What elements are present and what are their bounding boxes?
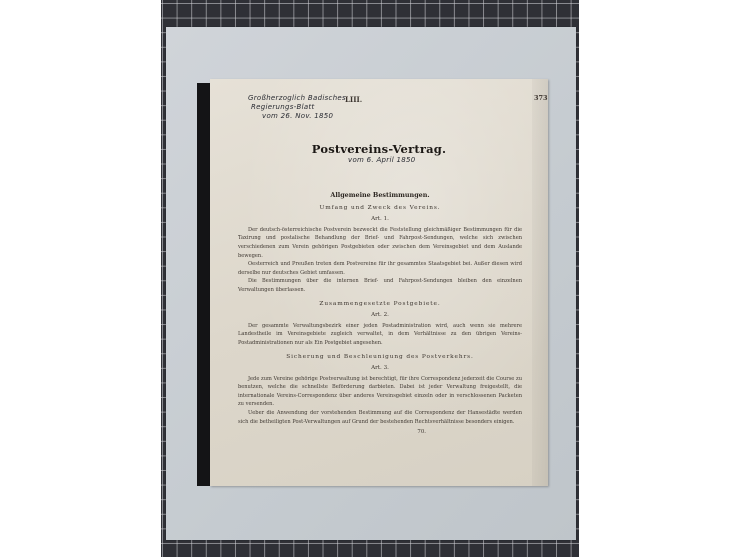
article-label: Art. 3. bbox=[238, 364, 522, 373]
article-paragraph: Ueber die Anwendung der vorstehenden Bes… bbox=[238, 409, 522, 426]
article-paragraph: Der gesammte Verwaltungsbezirk einer jed… bbox=[238, 322, 522, 348]
handwritten-note-line: Regierungs-Blatt bbox=[248, 103, 346, 112]
article-paragraph: Der deutsch-österreichische Postverein b… bbox=[238, 226, 522, 260]
document-title: Postvereins-Vertrag. bbox=[210, 142, 548, 156]
section-heading: Sicherung und Beschleunigung des Postver… bbox=[238, 353, 522, 362]
document-page: Großherzoglich Badisches Regierungs-Blat… bbox=[210, 79, 548, 486]
handwritten-date: vom 6. April 1850 bbox=[348, 156, 416, 165]
handwritten-note-line: Großherzoglich Badisches bbox=[248, 94, 346, 103]
page-binding-strip bbox=[197, 83, 211, 486]
page-fold-shadow bbox=[532, 79, 548, 486]
section-heading: Zusammengesetzte Postgebiete. bbox=[238, 300, 522, 309]
article-paragraph: Die Bestimmungen über die internen Brief… bbox=[238, 277, 522, 294]
page-number: 373 bbox=[534, 94, 548, 102]
article-paragraph: Oesterreich und Preußen treten dem Postv… bbox=[238, 260, 522, 277]
article-label: Art. 2. bbox=[238, 311, 522, 320]
handwritten-source-note: Großherzoglich Badisches Regierungs-Blat… bbox=[248, 94, 346, 121]
heading-scope: Umfang und Zweck des Vereins. bbox=[238, 204, 522, 213]
signature-mark: 70. bbox=[238, 428, 522, 437]
article-paragraph: Jede zum Vereine gehörige Postverwaltung… bbox=[238, 375, 522, 409]
handwritten-note-line: vom 26. Nov. 1850 bbox=[248, 112, 346, 121]
section-number: LIII. bbox=[345, 95, 362, 104]
article-label: Art. 1. bbox=[238, 215, 522, 224]
heading-general-provisions: Allgemeine Bestimmungen. bbox=[238, 191, 522, 200]
document-body: Allgemeine Bestimmungen. Umfang und Zwec… bbox=[238, 187, 522, 437]
